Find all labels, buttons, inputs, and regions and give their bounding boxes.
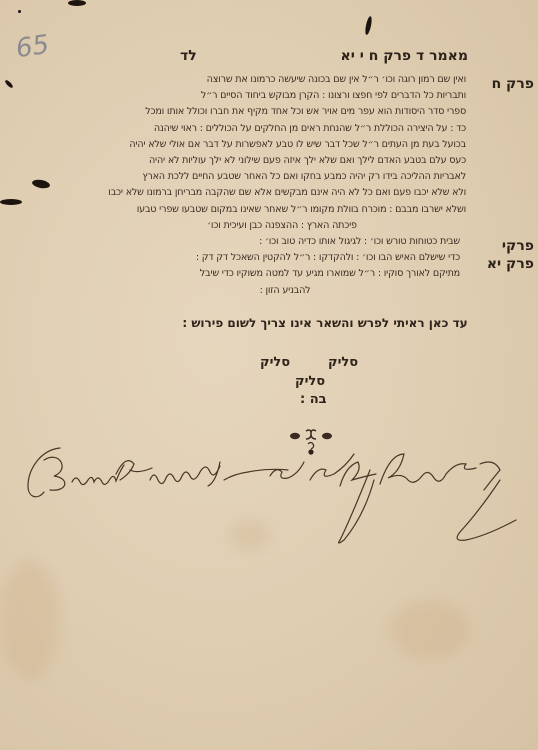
paper-stain bbox=[390, 600, 470, 660]
commentary-block-perek-11: שבית כטוחות טורש וכו׳ : לגיגול אותו כדיה… bbox=[110, 234, 460, 299]
text-line: ושלא ישרבו מבבם : מוכרח בוולת מקומו ר״ל … bbox=[98, 202, 466, 218]
pencil-folio-annotation: 65 bbox=[14, 30, 51, 64]
colophon-word: סליק bbox=[260, 355, 290, 370]
text-line-centered: פיכתה הארץ : ההצפנה כבן ועיכית וכו׳ bbox=[98, 218, 466, 234]
text-line: לאבריות ההליכה בידו רק יהיה כמבע בחקו וא… bbox=[98, 169, 466, 185]
text-line: ותבריות כל הדברים לפי חפצו ורצונו : הקרן… bbox=[98, 88, 466, 104]
running-header: מאמר ד פרק ח י יא לד bbox=[128, 48, 468, 70]
text-line: ולא שלא יכבו פעם ואם כל לא היה אינם מבקש… bbox=[98, 185, 466, 201]
ink-blot bbox=[4, 79, 14, 89]
paper-stain bbox=[0, 560, 60, 680]
ink-blot bbox=[18, 10, 21, 13]
colophon-word: סליק bbox=[328, 355, 358, 370]
ink-blot bbox=[31, 178, 50, 189]
running-title: מאמר ד פרק ח י יא bbox=[341, 48, 468, 64]
section-label-perek-11: פרק יא bbox=[464, 256, 534, 272]
closing-statement: עד כאן ראיתי לפרש והשאר אינו צריך לשום פ… bbox=[160, 316, 490, 330]
text-line: בכועל בעת מן העתים ר״ל שכל דבר שיש לו טב… bbox=[98, 137, 466, 153]
text-line: שבית כטוחות טורש וכו׳ : לגיגול אותו כדיה… bbox=[110, 234, 460, 250]
ink-blot bbox=[0, 199, 22, 205]
text-line: מתיקם לאורך סוקיו : ר״ל שמוארו מגיע עד ל… bbox=[110, 266, 460, 282]
commentary-block-perek-8: ואין שם רמון רוגה וכו׳ ר״ל אין שם בכונה … bbox=[98, 72, 466, 234]
text-line: כד : על היצירה הכוללת ר״ל שהנחת ראים מן … bbox=[98, 121, 466, 137]
handwritten-signature: Bernard Heuerust ... Haverd bbox=[20, 440, 530, 550]
text-line: ספרי סדר היסודות הוא עפר מים אויר אש וכל… bbox=[98, 104, 466, 120]
folio-number: לד bbox=[180, 48, 197, 64]
text-line-centered: להבניע הזון : bbox=[110, 283, 460, 299]
colophon-end-mark: בה : bbox=[300, 392, 327, 407]
text-line: כעס עלם בטבע האדם לילך ואם שלא ילך איזה … bbox=[98, 153, 466, 169]
colophon-word: סליק bbox=[295, 374, 325, 389]
ink-blot bbox=[68, 0, 86, 6]
ink-blot bbox=[364, 16, 373, 36]
manuscript-page: 65 מאמר ד פרק ח י יא לד פרק ח פרקי פרק י… bbox=[0, 0, 538, 750]
text-line: ואין שם רמון רוגה וכו׳ ר״ל אין שם בכונה … bbox=[98, 72, 466, 88]
section-label-perek-8: פרק ח bbox=[464, 76, 534, 92]
text-line: כדי שישלם האיש הבו וכו׳ : ולהקדקו : ר״ל … bbox=[110, 250, 460, 266]
section-label-perakim: פרקי bbox=[464, 238, 534, 254]
